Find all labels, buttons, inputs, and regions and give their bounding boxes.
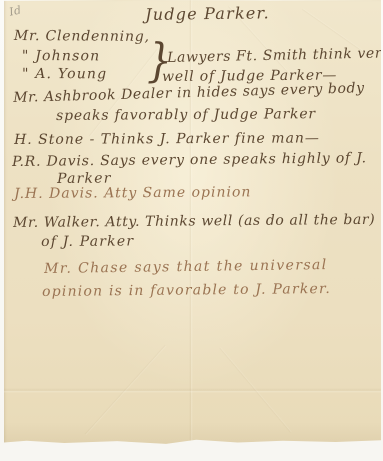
- entry-walker-line-1: Mr. Walker. Atty. Thinks well (as do all…: [13, 212, 375, 231]
- paper-sheet: Id Judge Parker. Mr. Clendenning, " John…: [4, 0, 381, 452]
- bottom-left-diagonal-crease: [84, 344, 167, 435]
- entry-chase-line-2: opinion is in favorable to J. Parker.: [42, 281, 331, 300]
- name-johnson: " Johnson: [22, 48, 100, 64]
- pencil-mark: Id: [8, 3, 23, 18]
- name-young: " A. Young: [22, 66, 107, 82]
- entry-ashbrook-line-2: speaks favorably of Judge Parker: [56, 106, 316, 124]
- entry-stone-line-1: H. Stone - Thinks J. Parker fine man—: [14, 130, 320, 148]
- scanned-note: Id Judge Parker. Mr. Clendenning, " John…: [0, 0, 383, 461]
- name-clendenning: Mr. Clendenning,: [14, 28, 150, 45]
- horizontal-fold-crease: [4, 388, 381, 393]
- bottom-right-diagonal-crease: [219, 347, 292, 433]
- group-comment-line-1: Lawyers Ft. Smith think very: [167, 45, 383, 66]
- note-title: Judge Parker.: [145, 3, 270, 24]
- entry-chase-line-1: Mr. Chase says that the universal: [44, 257, 328, 277]
- entry-prdavis-line-1: P.R. Davis. Says every one speaks highly…: [12, 150, 367, 170]
- entry-jhdavis-line-1: J.H. Davis. Atty Same opinion: [14, 184, 251, 202]
- entry-walker-line-2: of J. Parker: [41, 234, 134, 250]
